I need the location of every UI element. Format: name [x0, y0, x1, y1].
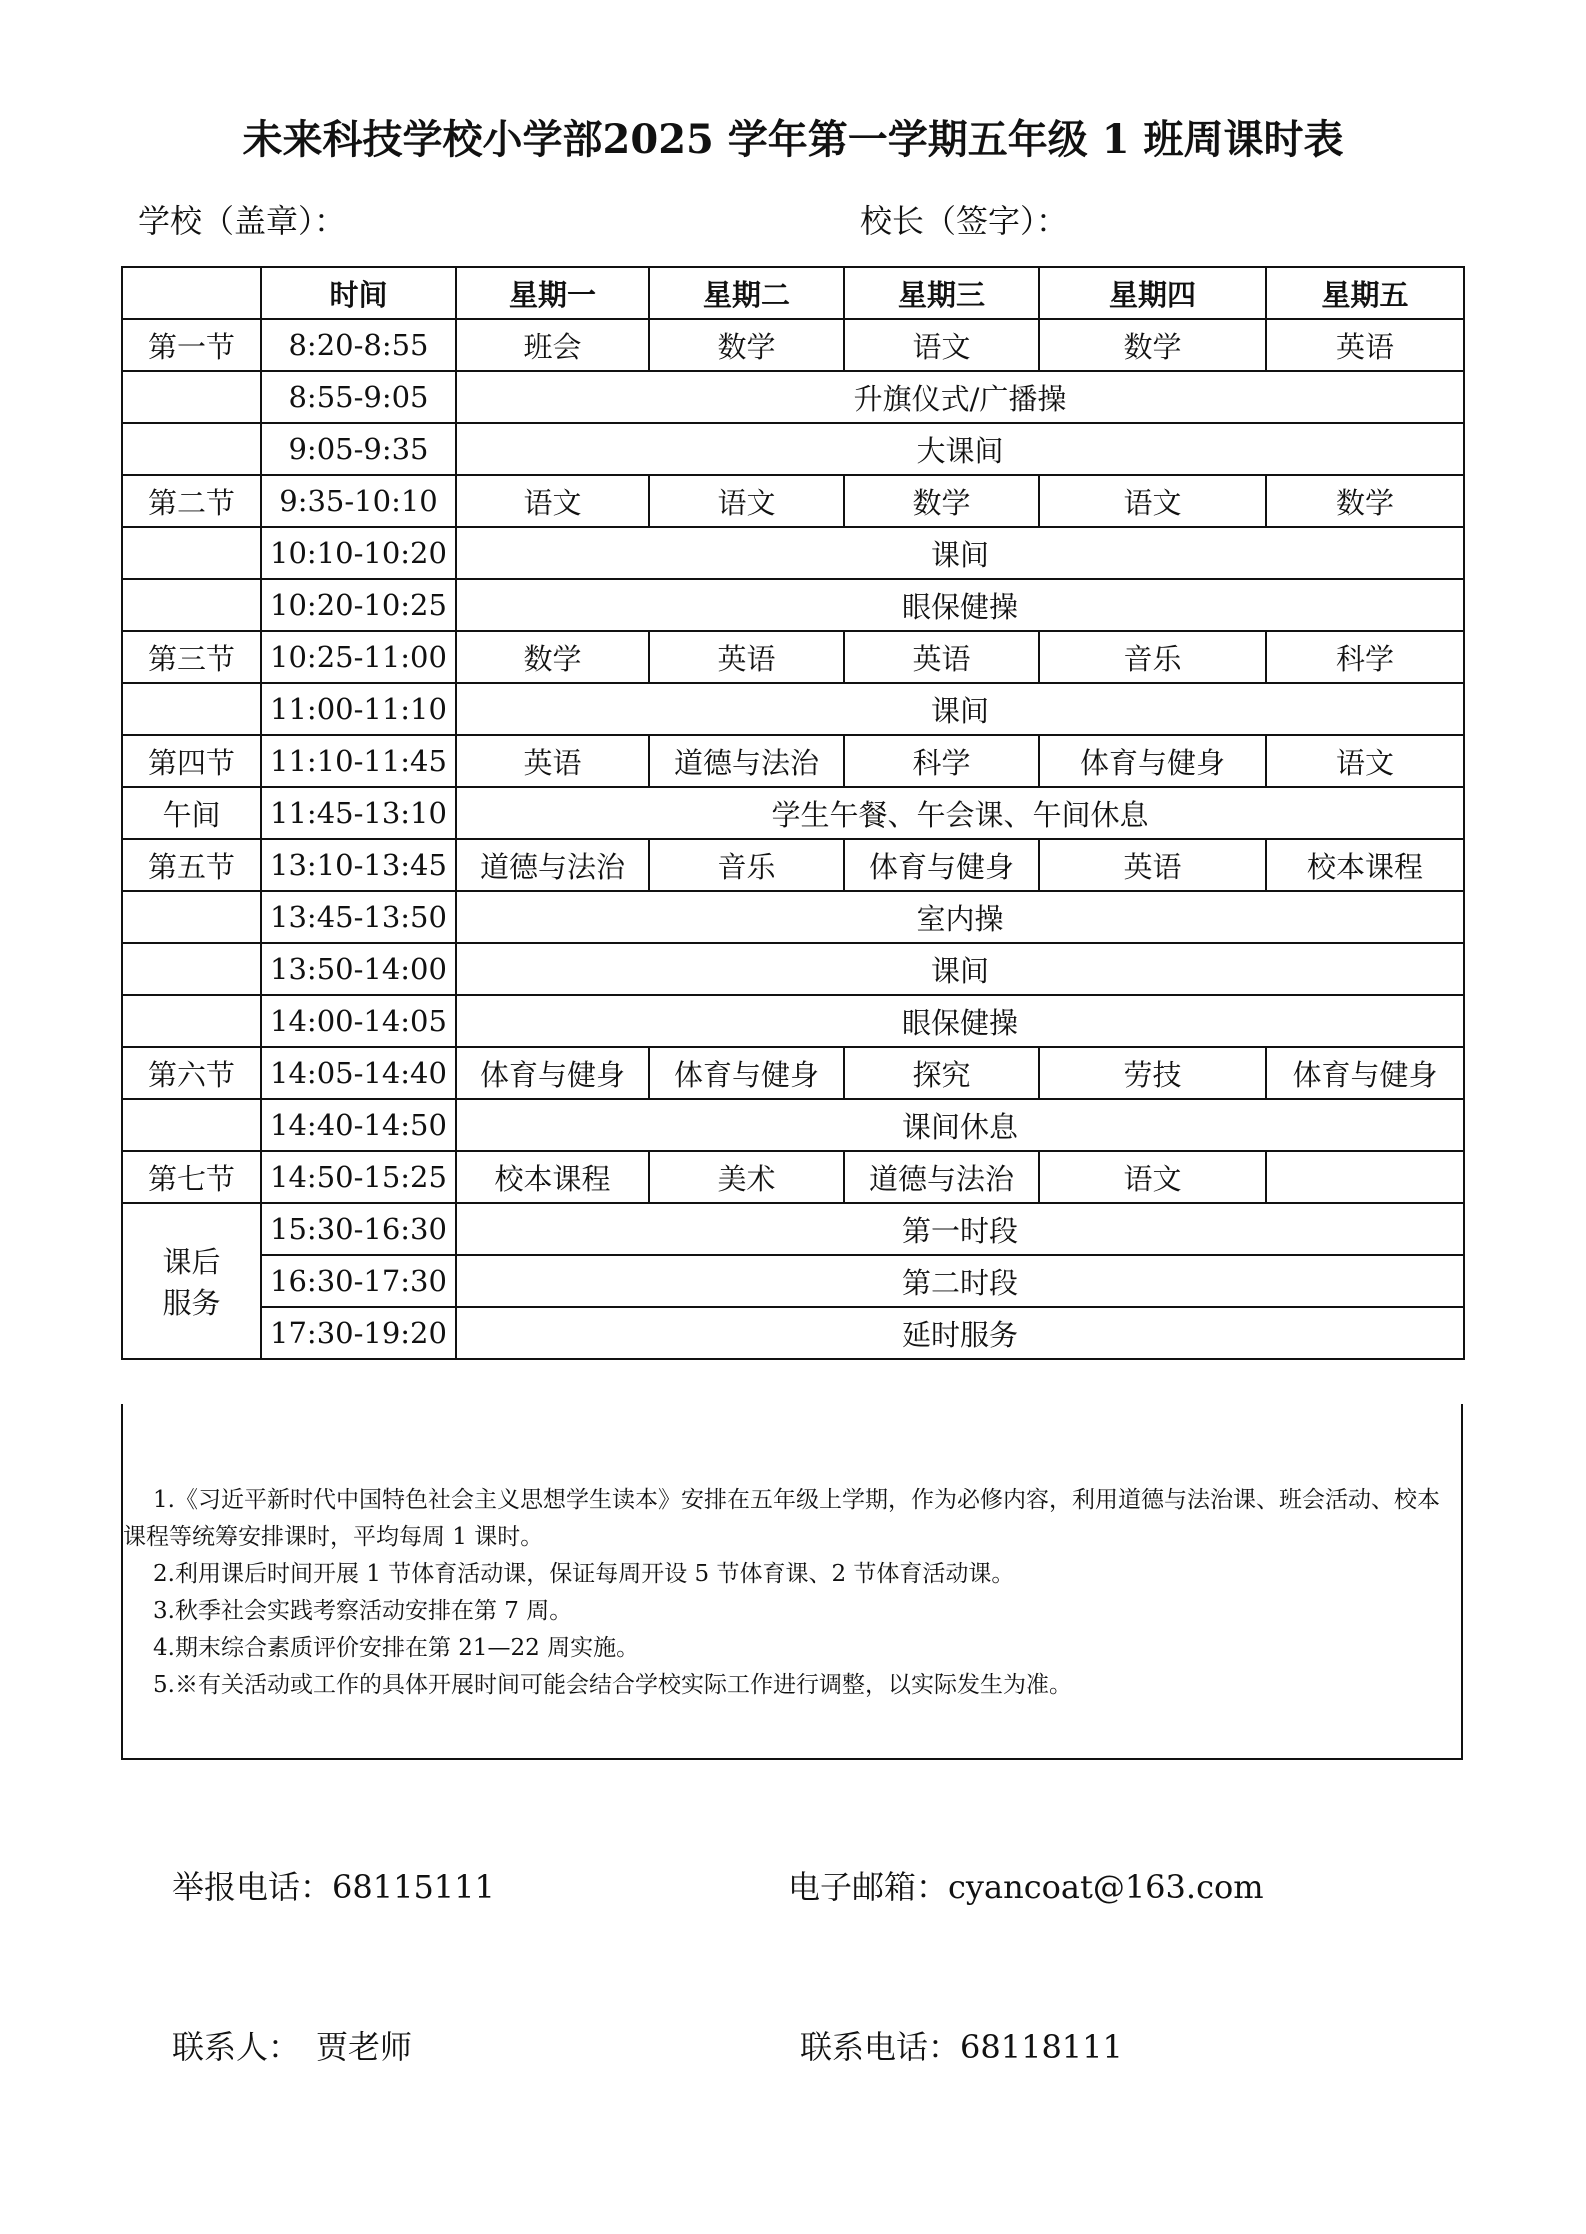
- contact-person: 联系人： 贾老师: [172, 2022, 412, 2068]
- period-label: 第六节: [122, 1047, 261, 1099]
- time-slot: 13:10-13:45: [261, 839, 456, 891]
- period-label: 第一节: [122, 319, 261, 371]
- activity-span: 升旗仪式/广播操: [456, 371, 1464, 423]
- activity-span: 眼保健操: [456, 995, 1464, 1047]
- header-friday: 星期五: [1266, 267, 1464, 319]
- class-cell: 体育与健身: [1266, 1047, 1464, 1099]
- principal-signature-label: 校长（签字）：: [860, 196, 1068, 242]
- class-cell: 英语: [844, 631, 1039, 683]
- class-cell: 数学: [844, 475, 1039, 527]
- period-label: 第三节: [122, 631, 261, 683]
- timetable: 时间 星期一 星期二 星期三 星期四 星期五 第一节 8:20-8:55 班会 …: [121, 266, 1465, 1360]
- period-label: [122, 371, 261, 423]
- class-cell: 美术: [649, 1151, 844, 1203]
- period-label: [122, 943, 261, 995]
- time-slot: 17:30-19:20: [261, 1307, 456, 1359]
- table-row: 10:10-10:20 课间: [122, 527, 1464, 579]
- class-cell: 语文: [1039, 1151, 1266, 1203]
- activity-span: 学生午餐、午会课、午间休息: [456, 787, 1464, 839]
- time-slot: 14:05-14:40: [261, 1047, 456, 1099]
- class-cell: 道德与法治: [456, 839, 649, 891]
- period-label: [122, 527, 261, 579]
- class-cell: 班会: [456, 319, 649, 371]
- period-label: 第五节: [122, 839, 261, 891]
- activity-span: 第一时段: [456, 1203, 1464, 1255]
- table-row: 13:45-13:50 室内操: [122, 891, 1464, 943]
- header-period: [122, 267, 261, 319]
- class-cell: 数学: [456, 631, 649, 683]
- table-row: 第二节 9:35-10:10 语文 语文 数学 语文 数学: [122, 475, 1464, 527]
- time-slot: 11:00-11:10: [261, 683, 456, 735]
- class-cell: 校本课程: [1266, 839, 1464, 891]
- activity-span: 课间: [456, 527, 1464, 579]
- activity-span: 课间: [456, 683, 1464, 735]
- period-label: [122, 423, 261, 475]
- activity-span: 课间: [456, 943, 1464, 995]
- page-title: 未来科技学校小学部2025 学年第一学期五年级 1 班周课时表: [0, 108, 1586, 165]
- table-row: 课后 服务 15:30-16:30 第一时段: [122, 1203, 1464, 1255]
- class-cell: 音乐: [1039, 631, 1266, 683]
- table-row: 9:05-9:35 大课间: [122, 423, 1464, 475]
- table-row: 8:55-9:05 升旗仪式/广播操: [122, 371, 1464, 423]
- note-item: 5.※有关活动或工作的具体开展时间可能会结合学校实际工作进行调整，以实际发生为准…: [123, 1667, 1461, 1704]
- notes-box: 1.《习近平新时代中国特色社会主义思想学生读本》安排在五年级上学期，作为必修内容…: [121, 1404, 1463, 1760]
- period-label: [122, 1099, 261, 1151]
- activity-span: 延时服务: [456, 1307, 1464, 1359]
- class-cell: 探究: [844, 1047, 1039, 1099]
- table-row: 第六节 14:05-14:40 体育与健身 体育与健身 探究 劳技 体育与健身: [122, 1047, 1464, 1099]
- class-cell: 校本课程: [456, 1151, 649, 1203]
- time-slot: 14:40-14:50: [261, 1099, 456, 1151]
- class-cell: 数学: [1266, 475, 1464, 527]
- class-cell: 数学: [1039, 319, 1266, 371]
- table-row: 第四节 11:10-11:45 英语 道德与法治 科学 体育与健身 语文: [122, 735, 1464, 787]
- time-slot: 13:50-14:00: [261, 943, 456, 995]
- table-row: 11:00-11:10 课间: [122, 683, 1464, 735]
- activity-span: 室内操: [456, 891, 1464, 943]
- class-cell: 科学: [844, 735, 1039, 787]
- class-cell: 英语: [1039, 839, 1266, 891]
- time-slot: 14:50-15:25: [261, 1151, 456, 1203]
- table-row: 16:30-17:30 第二时段: [122, 1255, 1464, 1307]
- table-row: 10:20-10:25 眼保健操: [122, 579, 1464, 631]
- time-slot: 14:00-14:05: [261, 995, 456, 1047]
- notes-list: 1.《习近平新时代中国特色社会主义思想学生读本》安排在五年级上学期，作为必修内容…: [123, 1482, 1461, 1704]
- note-item: 1.《习近平新时代中国特色社会主义思想学生读本》安排在五年级上学期，作为必修内容…: [123, 1482, 1461, 1556]
- period-label: 午间: [122, 787, 261, 839]
- class-cell: 语文: [1039, 475, 1266, 527]
- period-label: [122, 579, 261, 631]
- contact-phone: 联系电话：68118111: [800, 2022, 1123, 2068]
- class-cell: 体育与健身: [844, 839, 1039, 891]
- table-row: 14:00-14:05 眼保健操: [122, 995, 1464, 1047]
- time-slot: 8:20-8:55: [261, 319, 456, 371]
- header-time: 时间: [261, 267, 456, 319]
- header-row: 时间 星期一 星期二 星期三 星期四 星期五: [122, 267, 1464, 319]
- school-seal-label: 学校（盖章）：: [138, 196, 346, 242]
- time-slot: 16:30-17:30: [261, 1255, 456, 1307]
- class-cell: 体育与健身: [456, 1047, 649, 1099]
- note-item: 3.秋季社会实践考察活动安排在第 7 周。: [123, 1593, 1461, 1630]
- period-label: 第二节: [122, 475, 261, 527]
- time-slot: 13:45-13:50: [261, 891, 456, 943]
- class-cell: 英语: [649, 631, 844, 683]
- table-row: 第五节 13:10-13:45 道德与法治 音乐 体育与健身 英语 校本课程: [122, 839, 1464, 891]
- class-cell: [1266, 1151, 1464, 1203]
- time-slot: 10:25-11:00: [261, 631, 456, 683]
- period-label: 第七节: [122, 1151, 261, 1203]
- time-slot: 11:10-11:45: [261, 735, 456, 787]
- period-label: [122, 995, 261, 1047]
- class-cell: 道德与法治: [649, 735, 844, 787]
- table-row: 第七节 14:50-15:25 校本课程 美术 道德与法治 语文: [122, 1151, 1464, 1203]
- table-row: 第三节 10:25-11:00 数学 英语 英语 音乐 科学: [122, 631, 1464, 683]
- after-school-label-line1: 课后: [123, 1240, 260, 1281]
- table-row: 17:30-19:20 延时服务: [122, 1307, 1464, 1359]
- email: 电子邮箱：cyancoat@163.com: [788, 1862, 1264, 1908]
- class-cell: 道德与法治: [844, 1151, 1039, 1203]
- class-cell: 英语: [1266, 319, 1464, 371]
- header-monday: 星期一: [456, 267, 649, 319]
- class-cell: 语文: [844, 319, 1039, 371]
- table-row: 13:50-14:00 课间: [122, 943, 1464, 995]
- class-cell: 语文: [456, 475, 649, 527]
- table-row: 午间 11:45-13:10 学生午餐、午会课、午间休息: [122, 787, 1464, 839]
- time-slot: 15:30-16:30: [261, 1203, 456, 1255]
- note-item: 2.利用课后时间开展 1 节体育活动课，保证每周开设 5 节体育课、2 节体育活…: [123, 1556, 1461, 1593]
- time-slot: 9:05-9:35: [261, 423, 456, 475]
- report-phone: 举报电话：68115111: [172, 1862, 495, 1908]
- class-cell: 体育与健身: [649, 1047, 844, 1099]
- activity-span: 课间休息: [456, 1099, 1464, 1151]
- class-cell: 语文: [1266, 735, 1464, 787]
- activity-span: 眼保健操: [456, 579, 1464, 631]
- period-label: 第四节: [122, 735, 261, 787]
- time-slot: 11:45-13:10: [261, 787, 456, 839]
- time-slot: 8:55-9:05: [261, 371, 456, 423]
- time-slot: 9:35-10:10: [261, 475, 456, 527]
- class-cell: 语文: [649, 475, 844, 527]
- header-tuesday: 星期二: [649, 267, 844, 319]
- class-cell: 英语: [456, 735, 649, 787]
- time-slot: 10:20-10:25: [261, 579, 456, 631]
- activity-span: 大课间: [456, 423, 1464, 475]
- note-item: 4.期末综合素质评价安排在第 21—22 周实施。: [123, 1630, 1461, 1667]
- class-cell: 劳技: [1039, 1047, 1266, 1099]
- class-cell: 科学: [1266, 631, 1464, 683]
- header-thursday: 星期四: [1039, 267, 1266, 319]
- after-school-label: 课后 服务: [122, 1203, 261, 1359]
- header-wednesday: 星期三: [844, 267, 1039, 319]
- class-cell: 体育与健身: [1039, 735, 1266, 787]
- period-label: [122, 891, 261, 943]
- activity-span: 第二时段: [456, 1255, 1464, 1307]
- table-row: 第一节 8:20-8:55 班会 数学 语文 数学 英语: [122, 319, 1464, 371]
- class-cell: 数学: [649, 319, 844, 371]
- after-school-label-line2: 服务: [123, 1281, 260, 1322]
- table-row: 14:40-14:50 课间休息: [122, 1099, 1464, 1151]
- period-label: [122, 683, 261, 735]
- time-slot: 10:10-10:20: [261, 527, 456, 579]
- class-cell: 音乐: [649, 839, 844, 891]
